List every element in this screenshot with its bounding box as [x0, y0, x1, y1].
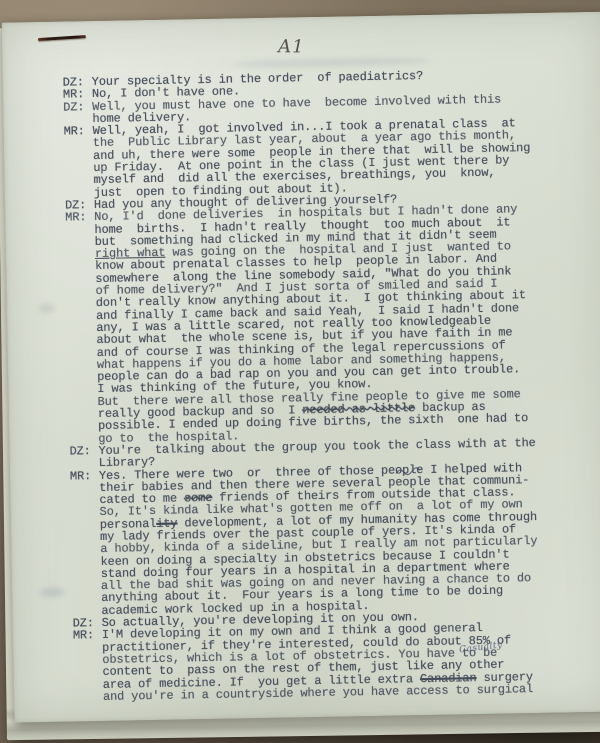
speaker-label — [64, 159, 93, 160]
speaker-label — [63, 122, 92, 123]
speaker-label — [69, 405, 98, 406]
speaker-label: MR: — [65, 211, 94, 224]
speaker-label — [66, 269, 95, 270]
speaker-label — [72, 601, 101, 602]
speaker-label — [66, 245, 95, 246]
speaker-label — [67, 319, 96, 320]
speaker-label — [66, 282, 95, 283]
speaker-label: DZ: — [69, 445, 98, 458]
photo-background: A1 DZ:Your specialty is in the order of … — [0, 0, 600, 743]
speaker-label — [71, 528, 100, 529]
speaker-label — [64, 171, 93, 172]
speaker-label — [71, 552, 100, 553]
speaker-label — [64, 147, 93, 148]
speaker-label — [68, 356, 97, 357]
speaker-label — [67, 306, 96, 307]
speaker-label — [68, 392, 97, 393]
speaker-label — [67, 294, 96, 295]
speaker-label — [70, 466, 99, 467]
speaker-label — [68, 343, 97, 344]
paper-page: A1 DZ:Your specialty is in the order of … — [2, 12, 600, 723]
speaker-label — [72, 565, 101, 566]
speaker-label — [66, 233, 95, 234]
speaker-label — [73, 651, 102, 652]
transcript: DZ:Your specialty is in the order of pae… — [63, 68, 566, 704]
speaker-label — [69, 417, 98, 418]
speaker-label: DZ: — [63, 101, 92, 114]
speaker-label: MR: — [63, 88, 92, 101]
speaker-label — [68, 368, 97, 369]
speaker-label — [65, 196, 94, 197]
speaker-label — [74, 675, 103, 676]
speaker-label — [66, 257, 95, 258]
speaker-label — [72, 614, 101, 615]
speaker-label — [72, 577, 101, 578]
speaker-label: MR: — [73, 629, 102, 642]
speaker-label — [68, 380, 97, 381]
ink-smudge — [40, 588, 64, 597]
speaker-label — [65, 183, 94, 184]
speaker-label — [70, 503, 99, 504]
speaker-label — [67, 331, 96, 332]
ink-smudge — [230, 57, 430, 69]
speaker-label — [74, 687, 103, 688]
ink-smudge — [39, 304, 55, 313]
speaker-label — [69, 429, 98, 430]
speaker-label — [73, 663, 102, 664]
speaker-label: MR: — [70, 469, 99, 482]
speaker-label — [69, 442, 98, 443]
speaker-label — [72, 589, 101, 590]
pen-scribble-icon — [394, 465, 424, 478]
page-label: A1 — [278, 36, 305, 57]
speaker-label — [71, 540, 100, 541]
speaker-label — [70, 491, 99, 492]
speaker-label: MR: — [64, 125, 93, 138]
staple — [38, 35, 86, 41]
speaker-label — [71, 515, 100, 516]
speaker-label — [74, 700, 103, 701]
